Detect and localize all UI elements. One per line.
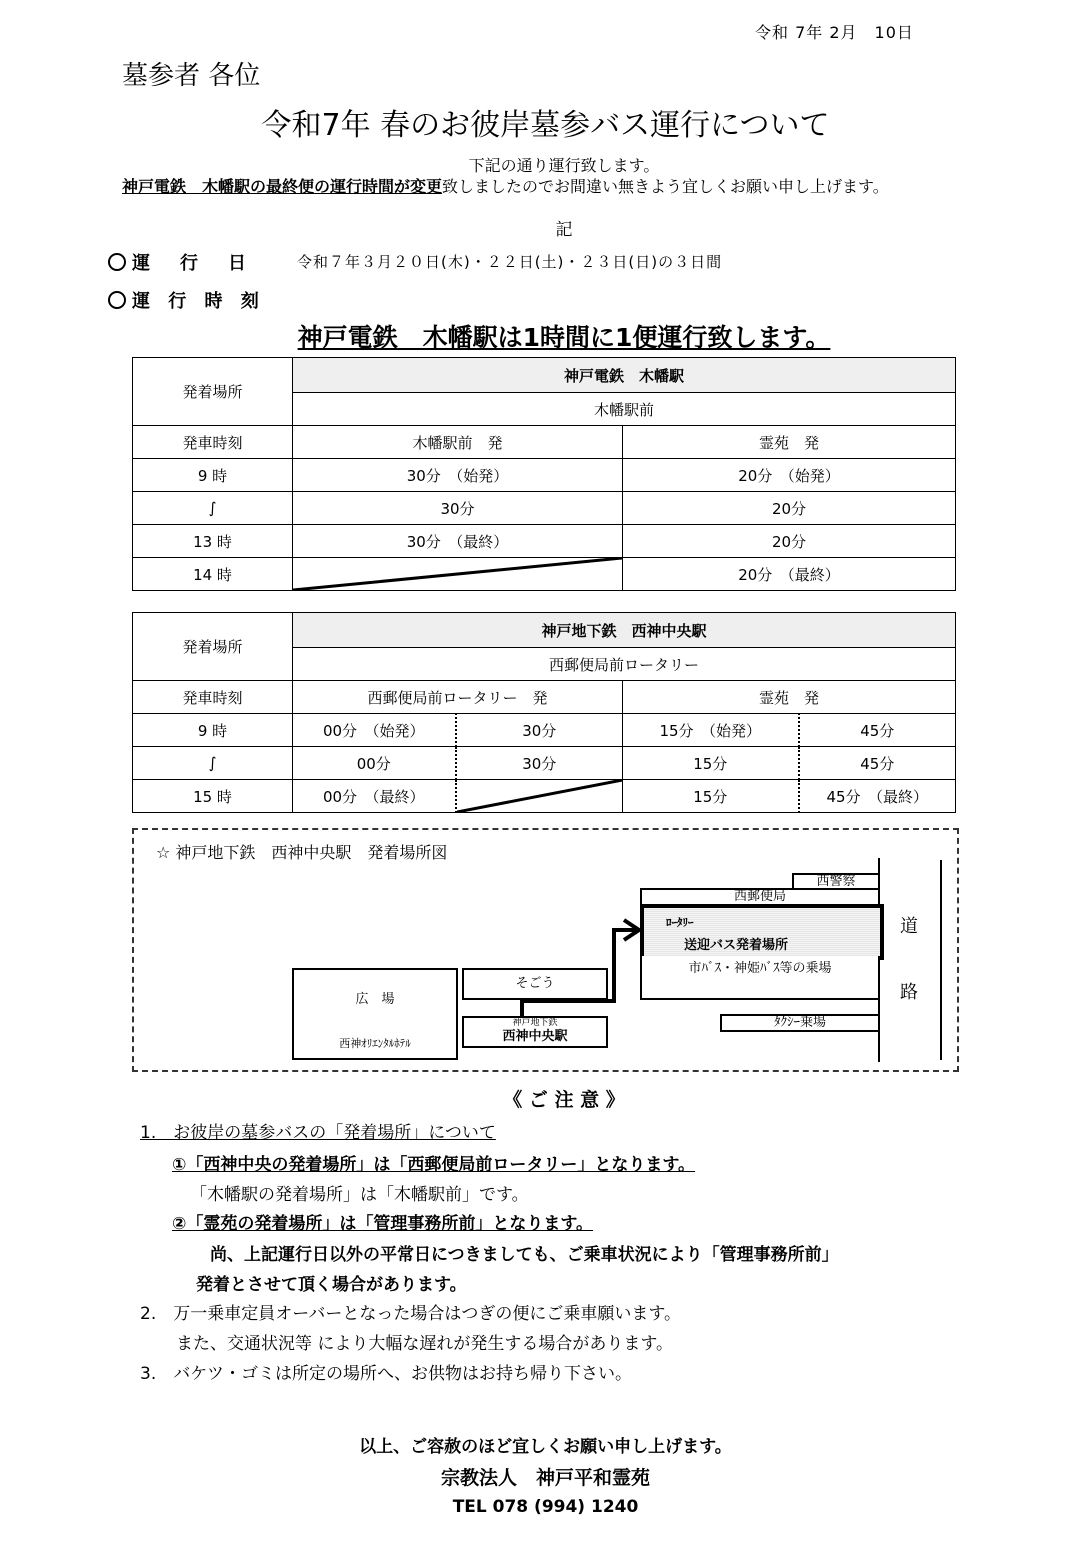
time-label: 発車時刻 [133, 426, 293, 459]
time-cell: 15分 （始発） [623, 714, 799, 747]
frequency-headline: 神戸電鉄 木幡駅は1時間に1便運行致します。 [0, 318, 1091, 354]
note-1-2: ②「霊苑の発着場所」は「管理事務所前」となります。 [172, 1209, 593, 1234]
time-cell: 00分 （始発） [293, 714, 456, 747]
time-cell: 15分 [623, 780, 799, 813]
time-cell: 20分 （最終） [623, 558, 956, 591]
change-notice: 神戸電鉄 木幡駅の最終便の運行時間が変更 [122, 177, 442, 196]
operation-times-label: 運 行 時 刻 [108, 287, 265, 313]
label-text: 運 行 時 刻 [132, 291, 265, 312]
no-service-cell [456, 780, 623, 813]
table-row: 9 時30分 （始発）20分 （始発） [133, 459, 956, 492]
time-cell: 30分 （最終） [293, 525, 623, 558]
hour-cell: 9 時 [133, 714, 293, 747]
timetable-kobata: 発着場所 神戸電鉄 木幡駅 木幡駅前 発車時刻 木幡駅前 発 霊苑 発 9 時3… [132, 357, 956, 591]
no-service-cell [293, 558, 623, 591]
table-row: 14 時 20分 （最終） [133, 558, 956, 591]
location-label: 発着場所 [133, 613, 293, 681]
time-cell: 30分 [456, 714, 623, 747]
col-header-a: 西郵便局前ロータリー 発 [293, 681, 623, 714]
hour-cell: ∫ [133, 492, 293, 525]
time-cell: 30分 [456, 747, 623, 780]
closing-line: 以上、ご容赦のほど宜しくお願い申し上げます。 [0, 1432, 1091, 1457]
note-1-2c: 発着とさせて頂く場合があります。 [196, 1270, 467, 1295]
time-cell: 00分 [293, 747, 456, 780]
time-cell: 30分 （始発） [293, 459, 623, 492]
label-text: 運 行 日 [132, 253, 252, 274]
telephone: TEL 078 (994) 1240 [0, 1497, 1091, 1517]
time-cell: 20分 [623, 525, 956, 558]
note-1-1b: 「木幡駅の発着場所」は「木幡駅前」です。 [190, 1180, 529, 1205]
time-cell: 20分 [623, 492, 956, 525]
addressee: 墓参者 各位 [122, 55, 260, 92]
time-cell: 30分 [293, 492, 623, 525]
time-cell: 15分 [623, 747, 799, 780]
ki-marker: 記 [0, 215, 1091, 240]
note-1: 1. お彼岸の墓参バスの「発着場所」について [140, 1118, 496, 1143]
operation-days-value: 令和７年３月２０日(木)・２２日(土)・２３日(日)の３日間 [297, 251, 722, 272]
page-title: 令和7年 春のお彼岸墓参バス運行について [0, 100, 1091, 144]
hour-cell: 9 時 [133, 459, 293, 492]
notes-heading: 《 ご 注 意 》 [0, 1085, 1091, 1112]
time-label: 発車時刻 [133, 681, 293, 714]
time-cell: 20分 （始発） [623, 459, 956, 492]
station-name: 神戸電鉄 木幡駅 [293, 358, 956, 393]
hour-cell: ∫ [133, 747, 293, 780]
circle-bullet-icon [108, 291, 126, 309]
note-1-1: ①「西神中央の発着場所」は「西郵便局前ロータリー」となります。 [172, 1150, 695, 1175]
station-name: 神戸地下鉄 西神中央駅 [293, 613, 956, 648]
hour-cell: 14 時 [133, 558, 293, 591]
hour-cell: 15 時 [133, 780, 293, 813]
operation-days-label: 運 行 日 [108, 249, 252, 275]
organization-name: 宗教法人 神戸平和霊苑 [0, 1463, 1091, 1490]
timetable-seishin: 発着場所 神戸地下鉄 西神中央駅 西郵便局前ロータリー 発車時刻 西郵便局前ロー… [132, 612, 956, 813]
location-label: 発着場所 [133, 358, 293, 426]
time-cell: 45分 [799, 714, 956, 747]
note-1-2b: 尚、上記運行日以外の平常日につきましても、ご乗車状況により「管理事務所前」 [210, 1240, 839, 1265]
time-cell: 00分 （最終） [293, 780, 456, 813]
document-date: 令和 7年 2月 10日 [755, 20, 914, 43]
stop-name: 西郵便局前ロータリー [293, 648, 956, 681]
intro-line-2: 神戸電鉄 木幡駅の最終便の運行時間が変更致しましたのでお間違い無きよう宜しくお願… [122, 174, 889, 197]
table-row: 13 時30分 （最終）20分 [133, 525, 956, 558]
location-map: ☆ 神戸地下鉄 西神中央駅 発着場所図 道 路 西警察 西郵便局 ﾛｰﾀﾘｰ 送… [132, 828, 959, 1072]
intro-line-1: 下記の通り運行致します。 [0, 153, 1091, 176]
stop-name: 木幡駅前 [293, 393, 956, 426]
time-cell: 45分 [799, 747, 956, 780]
table-row: ∫30分20分 [133, 492, 956, 525]
col-header-a: 木幡駅前 発 [293, 426, 623, 459]
note-3: 3. バケツ・ゴミは所定の場所へ、お供物はお持ち帰り下さい。 [140, 1359, 632, 1384]
route-arrow-icon [134, 830, 957, 1070]
intro-rest: 致しましたのでお間違い無きよう宜しくお願い申し上げます。 [442, 177, 889, 196]
col-header-b: 霊苑 発 [623, 426, 956, 459]
note-2b: また、交通状況等 により大幅な遅れが発生する場合があります。 [176, 1329, 673, 1354]
circle-bullet-icon [108, 253, 126, 271]
col-header-b: 霊苑 発 [623, 681, 956, 714]
table-row: ∫00分30分15分45分 [133, 747, 956, 780]
time-cell: 45分 （最終） [799, 780, 956, 813]
note-2: 2. 万一乗車定員オーバーとなった場合はつぎの便にご乗車願います。 [140, 1299, 681, 1324]
table-row: 15 時00分 （最終） 15分45分 （最終） [133, 780, 956, 813]
table-row: 9 時00分 （始発）30分15分 （始発）45分 [133, 714, 956, 747]
hour-cell: 13 時 [133, 525, 293, 558]
